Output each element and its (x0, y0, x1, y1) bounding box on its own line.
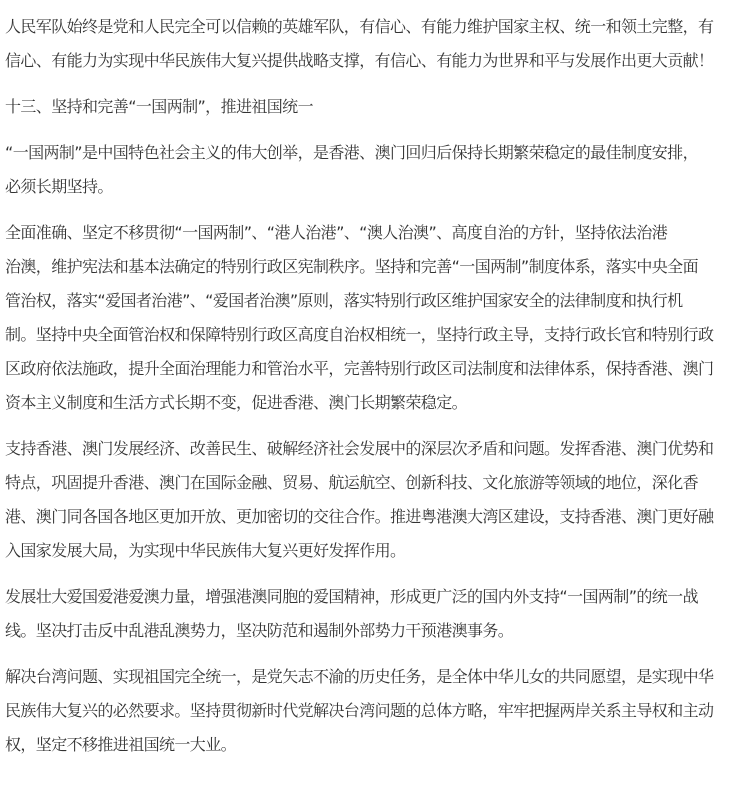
text-line: 发展壮大爱国爱港爱澳力量，增强港澳同胞的爱国精神，形成更广泛的国内外支持“一国两… (5, 580, 745, 614)
text-line: 港、澳门同各国各地区更加开放、更加密切的交往合作。推进粤港澳大湾区建设，支持香港… (5, 500, 745, 534)
text-line: 权，坚定不移推进祖国统一大业。 (5, 728, 745, 762)
text-line: 资本主义制度和生活方式长期不变，促进香港、澳门长期繁荣稳定。 (5, 386, 745, 420)
article-body: 人民军队始终是党和人民完全可以信赖的英雄军队，有信心、有能力维护国家主权、统一和… (5, 10, 745, 774)
text-line: 民族伟大复兴的必然要求。坚持贯彻新时代党解决台湾问题的总体方略，牢牢把握两岸关系… (5, 694, 745, 728)
text-line: 管治权，落实“爱国者治港”、“爱国者治澳”原则，落实特别行政区维护国家安全的法律… (5, 284, 745, 318)
text-line: 支持香港、澳门发展经济、改善民生、破解经济社会发展中的深层次矛盾和问题。发挥香港… (5, 432, 745, 466)
text-line: 入国家发展大局，为实现中华民族伟大复兴更好发挥作用。 (5, 534, 745, 568)
section-heading-text: 十三、坚持和完善“一国两制”，推进祖国统一 (5, 90, 745, 124)
paragraph-reunification: 解决台湾问题、实现祖国完全统一，是党矢志不渝的历史任务，是全体中华儿女的共同愿望… (5, 660, 745, 762)
text-line: 区政府依法施政，提升全面治理能力和管治水平，完善特别行政区司法制度和法律体系，保… (5, 352, 745, 386)
text-line: 必须长期坚持。 (5, 170, 745, 204)
text-line: 制。坚持中央全面管治权和保障特别行政区高度自治权相统一，坚持行政主导，支持行政长… (5, 318, 745, 352)
paragraph-one-country-two-systems: “一国两制”是中国特色社会主义的伟大创举，是香港、澳门回归后保持长期繁荣稳定的最… (5, 136, 745, 204)
text-line: 全面准确、坚定不移贯彻“一国两制”、“港人治港”、“澳人治澳”、高度自治的方针，… (5, 216, 745, 250)
text-line: “一国两制”是中国特色社会主义的伟大创举，是香港、澳门回归后保持长期繁荣稳定的最… (5, 136, 745, 170)
text-line: 人民军队始终是党和人民完全可以信赖的英雄军队，有信心、有能力维护国家主权、统一和… (5, 10, 745, 44)
paragraph-patriotic-forces: 发展壮大爱国爱港爱澳力量，增强港澳同胞的爱国精神，形成更广泛的国内外支持“一国两… (5, 580, 745, 648)
paragraph-economic-support: 支持香港、澳门发展经济、改善民生、破解经济社会发展中的深层次矛盾和问题。发挥香港… (5, 432, 745, 568)
section-heading: 十三、坚持和完善“一国两制”，推进祖国统一 (5, 90, 745, 124)
paragraph-governance: 全面准确、坚定不移贯彻“一国两制”、“港人治港”、“澳人治澳”、高度自治的方针，… (5, 216, 745, 420)
text-line: 治澳，维护宪法和基本法确定的特别行政区宪制秩序。坚持和完善“一国两制”制度体系，… (5, 250, 745, 284)
paragraph-army-confidence: 人民军队始终是党和人民完全可以信赖的英雄军队，有信心、有能力维护国家主权、统一和… (5, 10, 745, 78)
text-line: 特点，巩固提升香港、澳门在国际金融、贸易、航运航空、创新科技、文化旅游等领域的地… (5, 466, 745, 500)
text-line: 信心、有能力为实现中华民族伟大复兴提供战略支撑，有信心、有能力为世界和平与发展作… (5, 44, 745, 78)
text-line: 解决台湾问题、实现祖国完全统一，是党矢志不渝的历史任务，是全体中华儿女的共同愿望… (5, 660, 745, 694)
text-line: 线。坚决打击反中乱港乱澳势力，坚决防范和遏制外部势力干预港澳事务。 (5, 614, 745, 648)
